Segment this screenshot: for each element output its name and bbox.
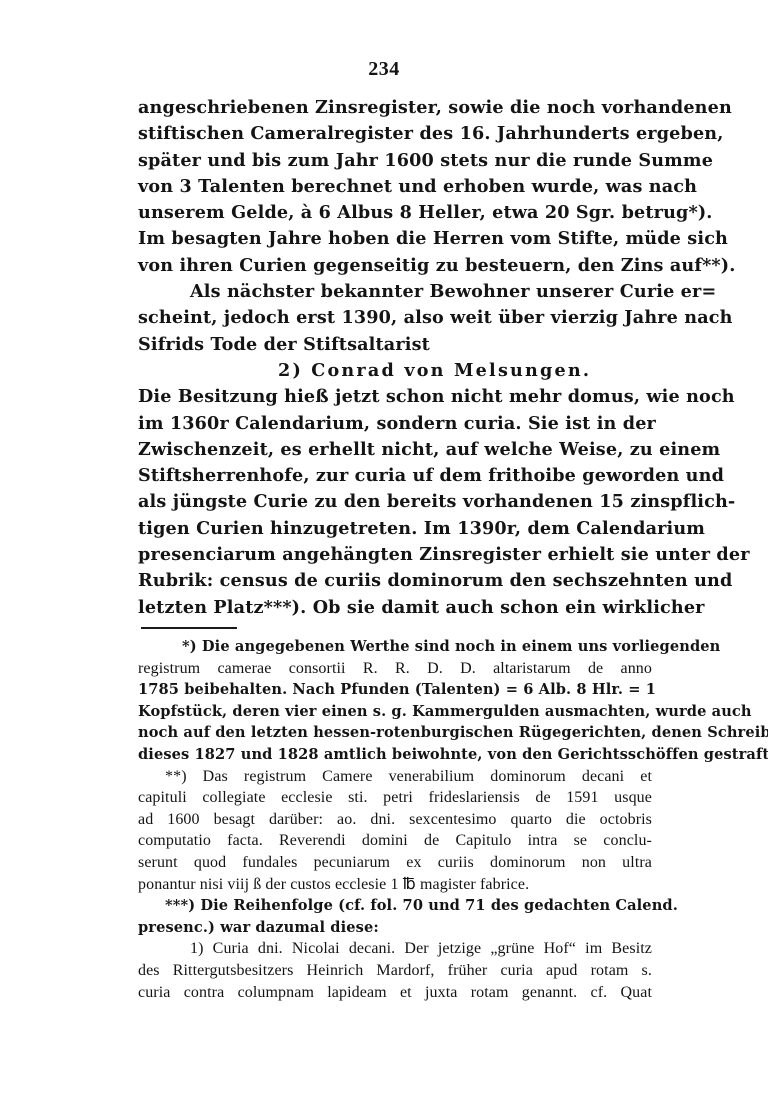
text-line: tigen Curien hinzugetreten. Im 1390r, de…: [138, 516, 652, 542]
text-line: später und bis zum Jahr 1600 stets nur d…: [138, 148, 652, 174]
footnote-line: ***) Die Reihenfolge (cf. fol. 70 und 71…: [138, 895, 652, 917]
text-line: scheint, jedoch erst 1390, also weit übe…: [138, 305, 652, 331]
footnote-line: ponantur nisi viij ß der custos ecclesie…: [138, 874, 652, 896]
footnotes: *) Die angegebenen Werthe sind noch in e…: [138, 636, 652, 1003]
text-line: im 1360r Calendarium, sondern curia. Sie…: [138, 411, 652, 437]
text-line: Zwischenzeit, es erhellt nicht, auf welc…: [138, 437, 652, 463]
text-line: Sifrids Tode der Stiftsaltarist: [138, 332, 652, 358]
footnote-line: registrum camerae consortii R. R. D. D. …: [138, 658, 652, 680]
text-line: letzten Platz***). Ob sie damit auch sch…: [138, 595, 652, 621]
footnote-line: curia contra columpnam lapideam et juxta…: [138, 982, 652, 1004]
footnote-line: ad 1600 besagt darüber: ao. dni. sexcent…: [138, 809, 652, 831]
section-heading: 2) Conrad von Melsungen.: [138, 358, 652, 384]
main-text: angeschriebenen Zinsregister, sowie die …: [138, 95, 652, 621]
footnote-line: noch auf den letzten hessen-rotenburgisc…: [138, 722, 652, 744]
text-line: presenciarum angehängten Zinsregister er…: [138, 542, 652, 568]
footnote-line: 1785 beibehalten. Nach Pfunden (Talenten…: [138, 679, 652, 701]
text-line: Als nächster bekannter Bewohner unserer …: [138, 279, 652, 305]
footnote-line: capituli collegiate ecclesie sti. petri …: [138, 787, 652, 809]
page-number: 234: [0, 58, 768, 81]
footnote-line: presenc.) war dazumal diese:: [138, 917, 652, 939]
footnote-line: **) Das registrum Camere venerabilium do…: [138, 766, 652, 788]
text-line: angeschriebenen Zinsregister, sowie die …: [138, 95, 652, 121]
footnote-line: computatio facta. Reverendi domini de Ca…: [138, 830, 652, 852]
footnote-divider: [141, 627, 237, 629]
text-line: von 3 Talenten berechnet und erhoben wur…: [138, 174, 652, 200]
footnote-line: des Rittergutsbesitzers Heinrich Mardorf…: [138, 960, 652, 982]
text-line: Die Besitzung hieß jetzt schon nicht meh…: [138, 384, 652, 410]
text-line: Rubrik: census de curiis dominorum den s…: [138, 568, 652, 594]
footnote-line: serunt quod fundales pecuniarum ex curii…: [138, 852, 652, 874]
footnote-line: dieses 1827 und 1828 amtlich beiwohnte, …: [138, 744, 652, 766]
footnote-line: *) Die angegebenen Werthe sind noch in e…: [138, 636, 652, 658]
footnote-line: Kopfstück, deren vier einen s. g. Kammer…: [138, 701, 652, 723]
text-line: von ihren Curien gegenseitig zu besteuer…: [138, 253, 652, 279]
text-line: unserem Gelde, à 6 Albus 8 Heller, etwa …: [138, 200, 652, 226]
text-line: stiftischen Cameralregister des 16. Jahr…: [138, 121, 652, 147]
text-line: als jüngste Curie zu den bereits vorhand…: [138, 489, 652, 515]
text-line: Stiftsherrenhofe, zur curia uf dem frith…: [138, 463, 652, 489]
text-line: Im besagten Jahre hoben die Herren vom S…: [138, 226, 652, 252]
footnote-line: 1) Curia dni. Nicolai decani. Der jetzig…: [138, 938, 652, 960]
